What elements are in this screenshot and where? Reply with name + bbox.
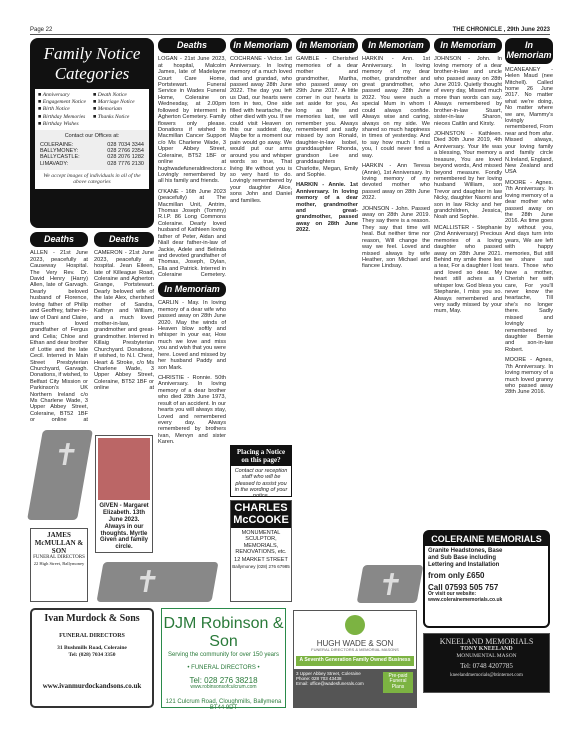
notice-cameron: CAMERON - 21st June 2023, peacefully at … (94, 250, 154, 392)
placing-notice-box: Placing a Notice on this page? Contact o… (230, 445, 292, 497)
section-header: In Memoriam (158, 282, 226, 297)
notice-mcallister: MCALLISTER - Stephanie (2nd Anniversary)… (434, 225, 502, 315)
bible-illustration-2 (96, 562, 218, 602)
ad-djm-robinson: DJM Robinson & Son Serving the community… (161, 608, 286, 708)
column-deaths-1: Deaths ALLEN - 21st June 2023, peacefull… (30, 232, 88, 422)
newspaper-page: Page 22 THE CHRONICLE , 29th June 2023 F… (0, 0, 580, 737)
notice-mcaneaney: MCANEANEY - Helen Maud (nee Mitchell). C… (505, 67, 553, 176)
section-header: In Memoriam (505, 38, 553, 64)
notice-christie: CHRISTIE - Ronnie. 50th Anniversary. In … (158, 375, 226, 446)
accept-note: We accept images of individuals in all o… (35, 170, 149, 189)
categories-box: Family NoticeCategories AnniversaryDeath… (30, 38, 154, 228)
notice-johnson: JOHNSON - John. In loving memory of a de… (434, 56, 502, 127)
notice-harkin-ann: HARKIN - Ann. 1st Anniversary. In loving… (362, 56, 430, 159)
page-number: Page 22 (30, 27, 52, 34)
notice-carlin: CARLIN - May. In loving memory of a dear… (158, 300, 226, 371)
notice-johnson-2: JOHNSON - John. Passed away on 28th June… (362, 206, 430, 270)
ad-hugh-wade: HUGH WADE & SON FUNERAL DIRECTORS & MEMO… (293, 610, 417, 708)
notice-gamble: GAMBLE - Cherished memories of a dear mo… (296, 56, 358, 178)
bible-illustration (27, 430, 93, 520)
wade-logo-icon (345, 615, 365, 635)
column-memoriam-5: In Memoriam JOHNSON - John. In loving me… (434, 38, 502, 558)
given-photo (98, 438, 150, 500)
notice-moore: MOORE - Agnes. 7th Anniversary. In lovin… (505, 180, 553, 353)
header-rule (30, 34, 550, 35)
section-header: In Memoriam (434, 38, 502, 53)
categories-list: AnniversaryDeath NoticeEngagement Notice… (35, 89, 149, 131)
notice-moore-2: MOORE - Agnes, 7th Anniversary. In lovin… (505, 357, 553, 396)
notice-okane: O'KANE - 16th June 2023 (peacefully) at … (158, 189, 226, 278)
contact-offices: Contact our Offices at: COLERAINE:028 70… (35, 130, 149, 170)
notice-johnston: JOHNSTON - Kathleen. Died 30th June 2019… (434, 131, 502, 221)
notice-given: GIVEN - Margaret Elizabeth. 13th June 20… (95, 435, 153, 553)
section-header: Deaths (30, 232, 88, 247)
notice-cochrane: COCHRANE - Victor. 1st Anniversary. In l… (230, 56, 292, 204)
categories-title: Family NoticeCategories (35, 44, 149, 85)
notice-logan: LOGAN - 21st June 2023, at hospital, Mal… (158, 56, 226, 184)
ad-coleraine-memorials: COLERAINE MEMORIALS Granite Headstones, … (423, 530, 550, 628)
column-memoriam-2: In Memoriam COCHRANE - Victor. 1st Anniv… (230, 38, 292, 438)
column-deaths-3: Deaths LOGAN - 21st June 2023, at hospit… (158, 38, 226, 278)
section-header: In Memoriam (296, 38, 358, 53)
column-memoriam-6: In Memoriam MCANEANEY - Helen Maud (nee … (505, 38, 553, 558)
section-header: In Memoriam (362, 38, 430, 53)
ad-mccooke: CHARLESMcCOOKE MONUMENTAL SCULPTOR, MEMO… (230, 500, 292, 602)
column-deaths-2: Deaths CAMERON - 21st June 2023, peacefu… (94, 232, 154, 392)
column-memoriam-1: In Memoriam CARLIN - May. In loving memo… (158, 282, 226, 532)
notice-harkin-annie: HARKIN - Annie. 1st Anniversary. In lovi… (296, 182, 358, 233)
ad-kneeland-memorials: KNEELAND MEMORIALS TONY KNEELAND MONUMEN… (423, 633, 550, 693)
section-header: In Memoriam (230, 38, 292, 53)
notice-harkin-teresa: HARKIN - Ann Teresa (Annie), 1st Anniver… (362, 163, 430, 202)
ad-mcmullan: JAMES McMULLAN & SON FUNERAL DIRECTORS 2… (30, 528, 88, 602)
section-header: Deaths (94, 232, 154, 247)
paper-title: THE CHRONICLE , 29th June 2023 (453, 27, 550, 34)
notice-allen: ALLEN - 21st June 2023, peacefully at Ca… (30, 250, 88, 422)
section-header: Deaths (158, 38, 226, 53)
column-memoriam-4: In Memoriam HARKIN - Ann. 1st Anniversar… (362, 38, 430, 588)
column-memoriam-3: In Memoriam GAMBLE - Cherished memories … (296, 38, 358, 578)
ad-ivan-murdock: Ivan Murdock & Sons FUNERAL DIRECTORS 31… (30, 608, 154, 708)
